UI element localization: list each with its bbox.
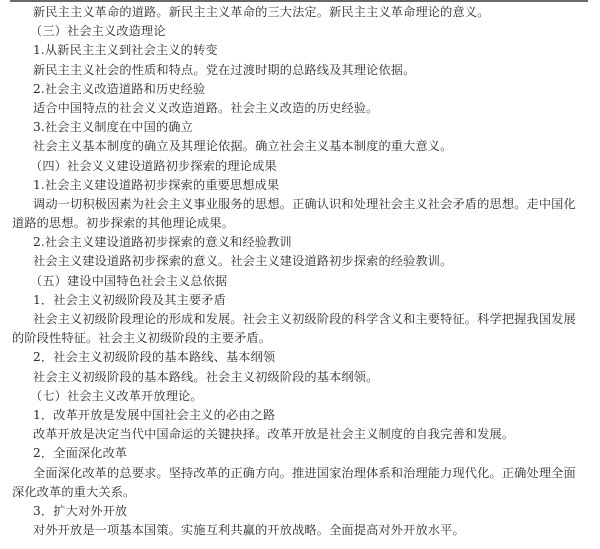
body-text-line: 对外开放是一项基本国策。实施互利共赢的开放战略。全面提高对外开放水平。 [0, 521, 600, 540]
body-text-line: 新民主主义革命的道路。新民主主义革命的三大法定。新民主主义革命理论的意义。 [0, 3, 600, 22]
section-heading-initial-exploration: （四）社会义义建设道路初步探索的理论成果 [0, 157, 600, 176]
body-text-continuation: 的阶段性特征。社会主义初级阶段的主要矛盾。 [0, 329, 600, 348]
body-text-line: 社会主义建设道路初步探索的意义。社会主义建设道路初步探索的经验教训。 [0, 252, 600, 271]
body-text-line: 适合中国特点的社会义义改造道路。社会主义改造的历史经验。 [0, 99, 600, 118]
subsection-heading: 3.社会主义制度在中国的确立 [0, 118, 600, 137]
body-text-line: 改革开放是决定当代中国命运的关键抉择。改革开放是社会主义制度的自我完善和发展。 [0, 425, 600, 444]
subsection-heading: 1．改革开放是发展中国社会主义的必由之路 [0, 406, 600, 425]
subsection-heading: 3．扩大对外开放 [0, 502, 600, 521]
subsection-heading: 1.社会主义建设道路初步探索的重要思想成果 [0, 176, 600, 195]
section-heading-reform-opening: （七）社会主义改革开放理论。 [0, 387, 600, 406]
body-text-line: 调动一切积极因素为社会主义事业服务的思想。正确认识和处理社会主义社会矛盾的思想。… [0, 195, 600, 214]
body-text-line: 全面深化改革的总要求。坚持改革的正确方向。推进国家治理体系和治理能力现代化。正确… [0, 464, 600, 483]
top-border-rule [10, 0, 588, 2]
body-text-line: 社会主义初级阶段理论的形成和发展。社会主义初级阶段的科学含义和主要特征。科学把握… [0, 310, 600, 329]
body-text-line: 社会主义初级阶段的基本路线。社会主义初级阶段的基本纲领。 [0, 368, 600, 387]
subsection-heading: 2．全面深化改革 [0, 444, 600, 463]
body-text-continuation: 深化改革的重大关系。 [0, 483, 600, 502]
section-heading-socialist-transformation: （三）社会主义改造理论 [0, 22, 600, 41]
subsection-heading: 1.从新民主主义到社会主义的转变 [0, 41, 600, 60]
body-text-continuation: 道路的思想。初步探索的其他理论成果。 [0, 214, 600, 233]
document-body: 新民主主义革命的道路。新民主主义革命的三大法定。新民主主义革命理论的意义。 （三… [0, 3, 600, 540]
subsection-heading: 2．社会主义初级阶段的基本路线、基本纲领 [0, 348, 600, 367]
section-heading-general-basis: （五）建设中国特色社会主义总依据 [0, 272, 600, 291]
subsection-heading: 2.社会主义改造道路和历史经验 [0, 80, 600, 99]
subsection-heading: 2.社会主义建设道路初步探索的意义和经验教训 [0, 233, 600, 252]
body-text-line: 新民主主义社会的性质和特点。党在过渡时期的总路线及其理论依据。 [0, 61, 600, 80]
subsection-heading: 1．社会主义初级阶段及其主要矛盾 [0, 291, 600, 310]
body-text-line: 社会主义基本制度的确立及其理论依据。确立社会主义基本制度的重大意义。 [0, 137, 600, 156]
